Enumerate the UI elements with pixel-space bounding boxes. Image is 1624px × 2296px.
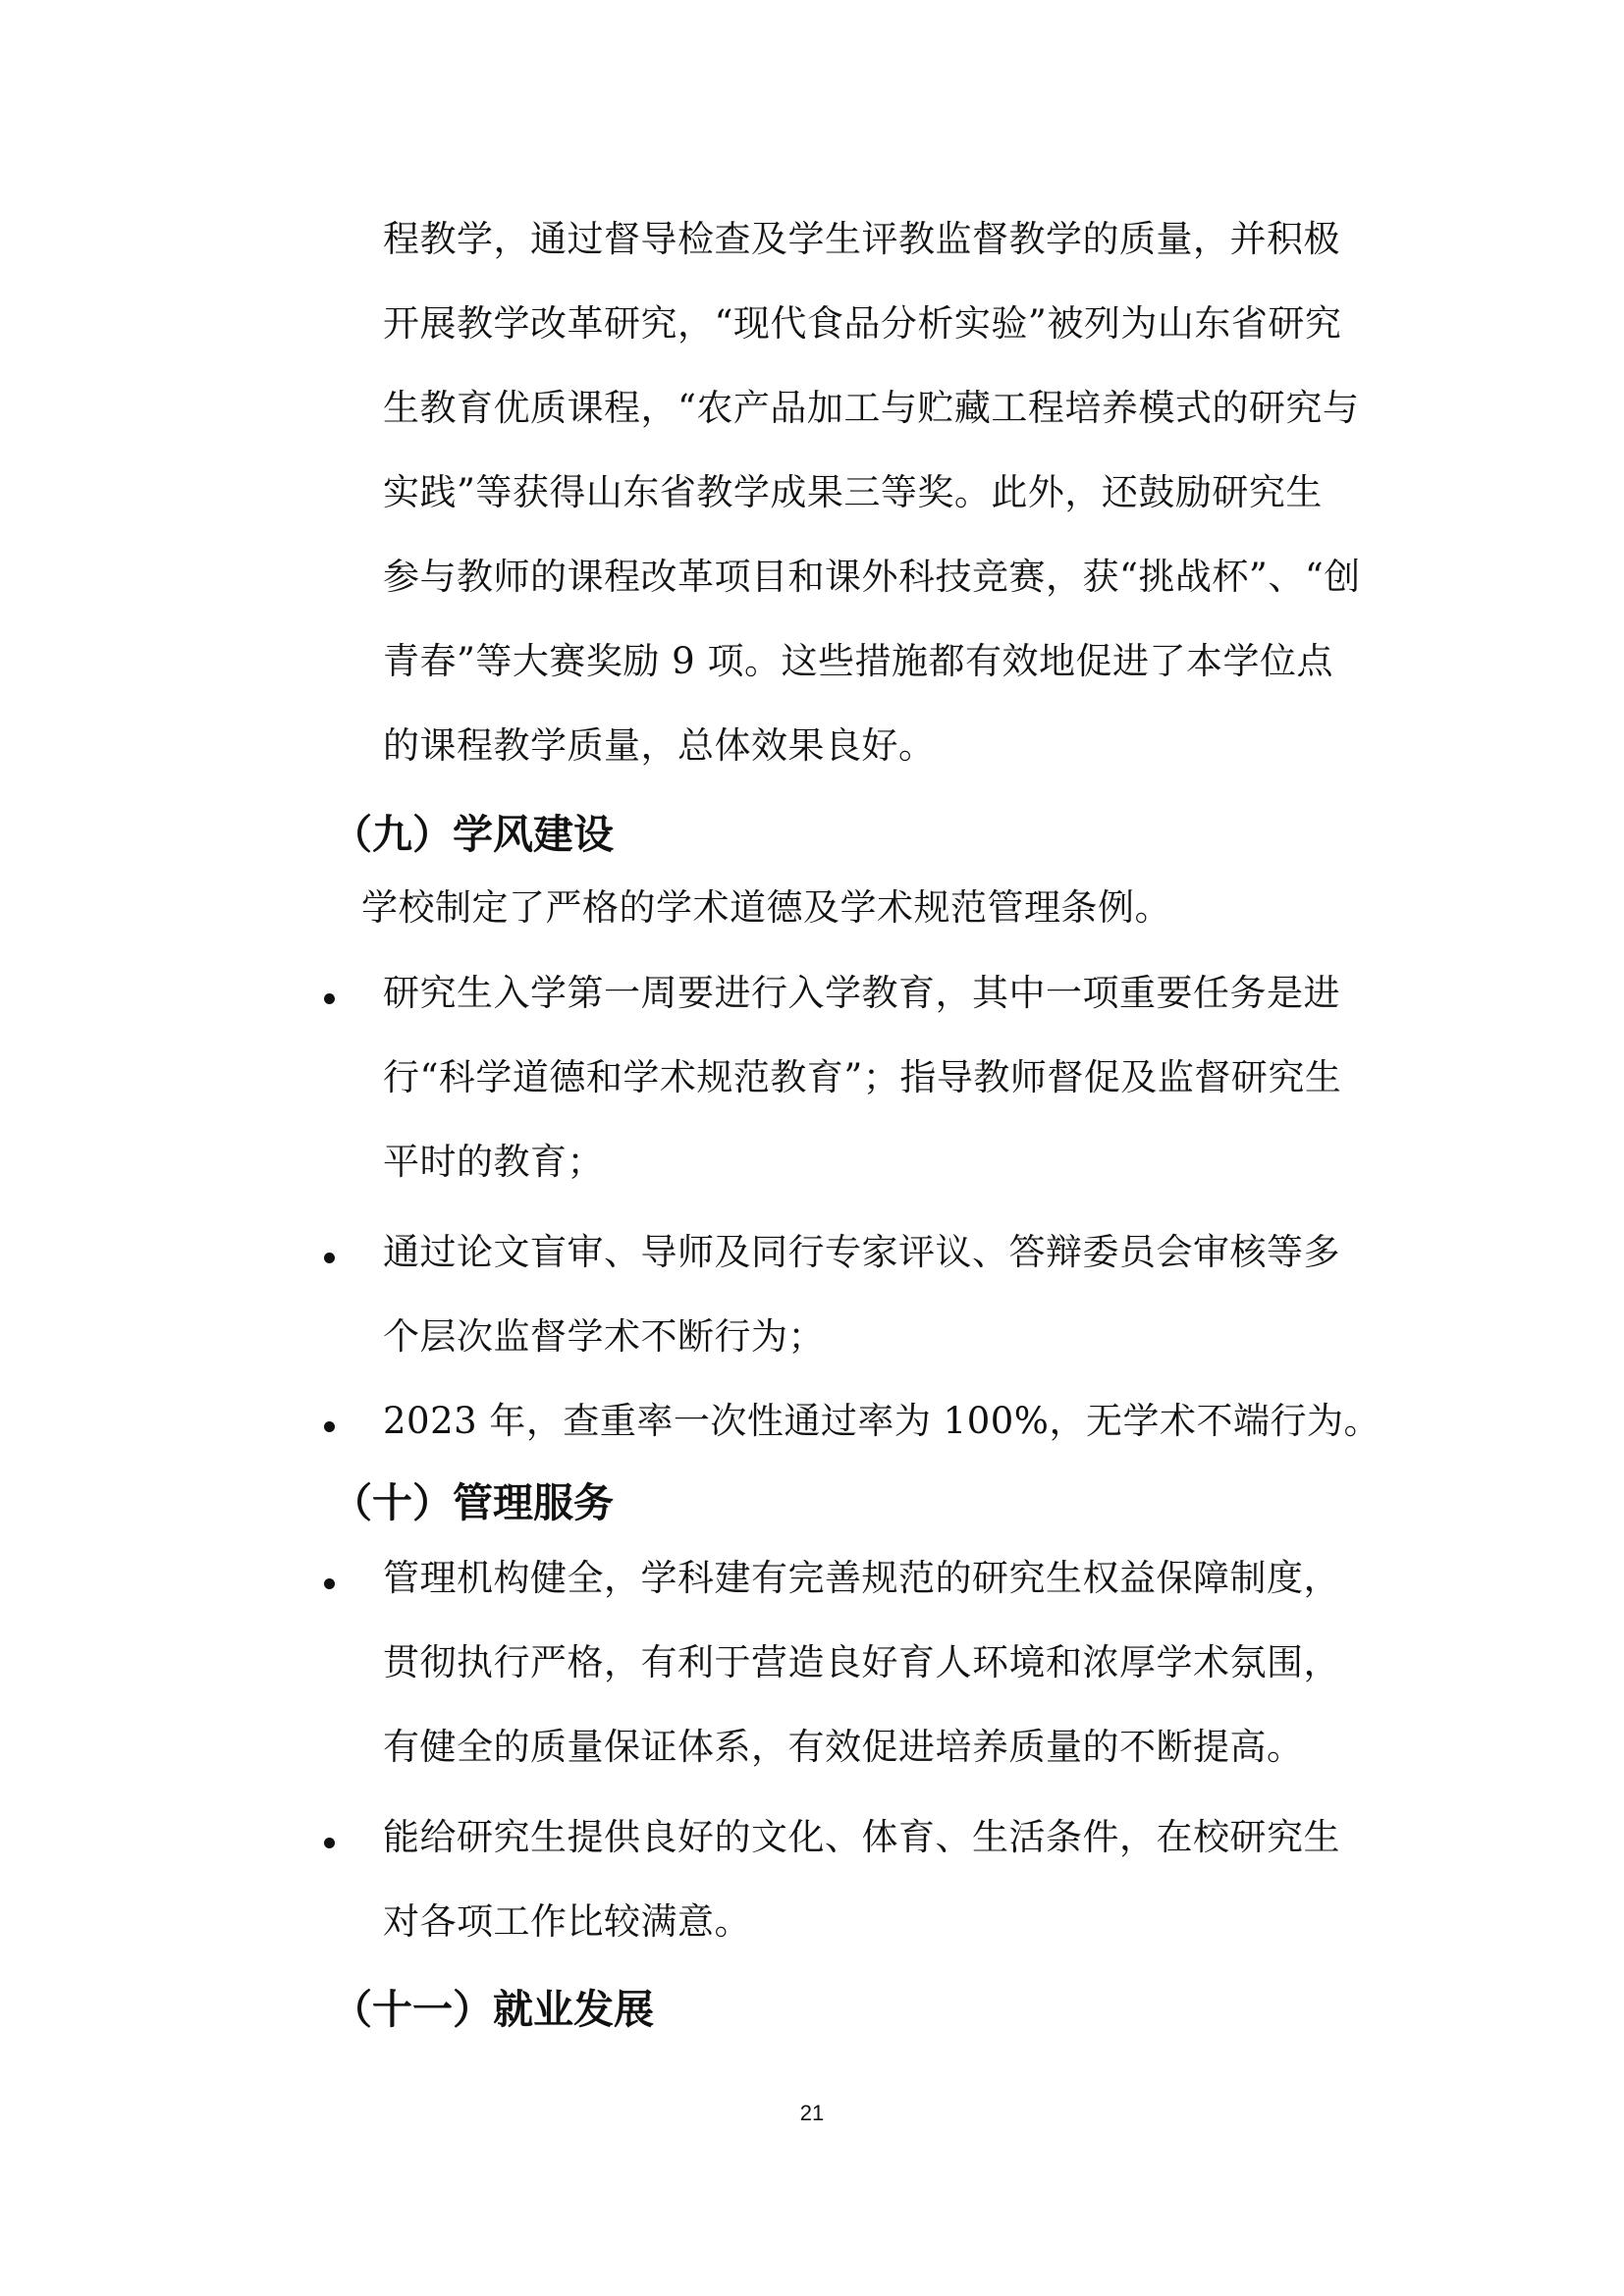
- paragraph-line: 实践”等获得山东省教学成果三等奖。此外，还鼓励研究生: [383, 471, 1323, 514]
- bullet-icon: [324, 1421, 335, 1432]
- document-page: 程教学，通过督导检查及学生评教监督教学的质量，并积极 开展教学改革研究，“现代食…: [0, 0, 1624, 2296]
- paragraph-line: 开展教学改革研究，“现代食品分析实验”被列为山东省研究: [383, 302, 1341, 346]
- bullet-icon: [324, 1838, 335, 1848]
- list-item-line: 2023 年，查重率一次性通过率为 100%，无学术不端行为。: [383, 1400, 1380, 1443]
- paragraph-line: 程教学，通过督导检查及学生评教监督教学的质量，并积极: [383, 218, 1340, 261]
- list-item-line: 管理机构健全，学科建有完善规范的研究生权益保障制度，: [383, 1557, 1340, 1600]
- list-item-line: 平时的教育；: [383, 1141, 604, 1184]
- paragraph-line: 的课程教学质量，总体效果良好。: [383, 724, 936, 768]
- paragraph-line: 生教育优质课程，“农产品加工与贮藏工程培养模式的研究与: [383, 387, 1359, 430]
- bullet-icon: [324, 993, 335, 1004]
- bullet-icon: [324, 1253, 335, 1263]
- section-intro: 学校制定了严格的学术道德及学术规范管理条例。: [361, 886, 1171, 930]
- list-item-line: 行“科学道德和学术规范教育”；指导教师督促及监督研究生: [383, 1056, 1341, 1099]
- section-heading-academic-style: （九）学风建设: [332, 810, 614, 859]
- list-item-line: 有健全的质量保证体系，有效促进培养质量的不断提高。: [383, 1726, 1304, 1769]
- list-item-line: 研究生入学第一周要进行入学教育，其中一项重要任务是进: [383, 972, 1340, 1015]
- paragraph-line: 青春”等大赛奖励 9 项。这些措施都有效地促进了本学位点: [383, 640, 1333, 683]
- paragraph-line: 参与教师的课程改革项目和课外科技竞赛，获“挑战杯”、“创: [383, 556, 1361, 599]
- list-item-line: 通过论文盲审、导师及同行专家评议、答辩委员会审核等多: [383, 1231, 1340, 1274]
- list-item-line: 个层次监督学术不断行为；: [383, 1315, 825, 1359]
- list-item-line: 对各项工作比较满意。: [383, 1900, 751, 1944]
- page-number: 21: [0, 2101, 1624, 2126]
- section-heading-management-service: （十）管理服务: [332, 1478, 614, 1527]
- list-item-line: 能给研究生提供良好的文化、体育、生活条件，在校研究生: [383, 1816, 1340, 1859]
- bullet-icon: [324, 1578, 335, 1589]
- list-item-line: 贯彻执行严格，有利于营造良好育人环境和浓厚学术氛围，: [383, 1641, 1340, 1684]
- section-heading-employment: （十一）就业发展: [332, 1985, 654, 2034]
